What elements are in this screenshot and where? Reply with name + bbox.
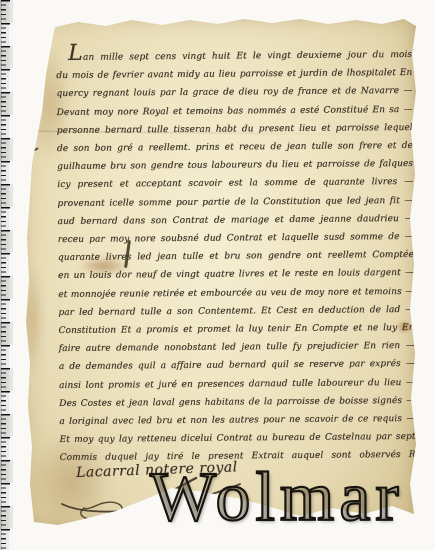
wolmar-watermark: Wolmar (150, 463, 404, 533)
manuscript-line: Lan mille sept cens vingt huit Et le vin… (56, 42, 412, 67)
ruler-major-ticks (1, 0, 10, 550)
paper-stain (22, 262, 44, 378)
archival-scan: Lan mille sept cens vingt huit Et le vin… (0, 0, 435, 550)
measurement-ruler-icon (0, 0, 13, 550)
margin-ink-mark (26, 147, 39, 154)
manuscript-text: Lan mille sept cens vingt huit Et le vin… (56, 42, 416, 468)
manuscript-paper: Lan mille sept cens vingt huit Et le vin… (20, 14, 418, 532)
